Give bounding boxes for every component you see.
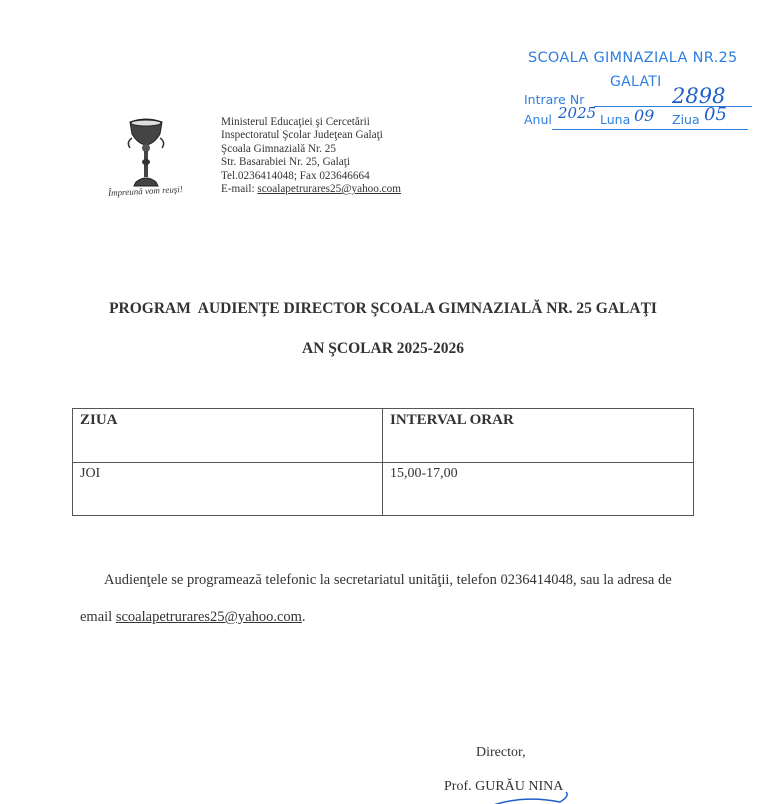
stamp-year-label: Anul [524, 112, 552, 127]
stamp-month-label: Luna [600, 112, 630, 127]
email-line: E-mail: scoalapetrurares25@yahoo.com [221, 183, 401, 196]
document-title: PROGRAM AUDIENŢE DIRECTOR ŞCOALA GIMNAZI… [0, 300, 766, 318]
paragraph-end: . [302, 609, 306, 625]
header-interval: INTERVAL ORAR [383, 409, 694, 463]
address-line: Str. Basarabiei Nr. 25, Galaţi [221, 156, 401, 169]
schedule-table: ZIUA INTERVAL ORAR JOI 15,00-17,00 [72, 408, 694, 516]
stamp-city: GALATI [610, 74, 662, 90]
header-email-link[interactable]: scoalapetrurares25@yahoo.com [257, 183, 401, 195]
document-subtitle: AN ŞCOLAR 2025-2026 [0, 340, 766, 358]
signature-role: Director, [476, 745, 526, 761]
stamp-year-value: 2025 [558, 104, 596, 122]
cell-day: JOI [73, 463, 383, 516]
institution-header: Ministerul Educaţiei şi Cercetării Inspe… [221, 116, 401, 196]
stamp-date-underline [552, 129, 748, 130]
stamp-day-value: 05 [704, 104, 727, 125]
inspectorate-line: Inspectoratul Şcolar Judeţean Galaţi [221, 129, 401, 142]
info-paragraph: Audienţele se programează telefonic la s… [80, 562, 700, 636]
email-label: E-mail: [221, 183, 257, 195]
school-line: Şcoala Gimnazială Nr. 25 [221, 143, 401, 156]
phone-fax-line: Tel.0236414048; Fax 023646664 [221, 170, 401, 183]
cell-interval: 15,00-17,00 [383, 463, 694, 516]
table-header-row: ZIUA INTERVAL ORAR [73, 409, 694, 463]
stamp-school-name: SCOALA GIMNAZIALA NR.25 [528, 50, 738, 66]
ministry-line: Ministerul Educaţiei şi Cercetării [221, 116, 401, 129]
stamp-month-value: 09 [634, 106, 654, 125]
stamp-day-label: Ziua [672, 112, 700, 127]
table-row: JOI 15,00-17,00 [73, 463, 694, 516]
header-day: ZIUA [73, 409, 383, 463]
paragraph-email-link[interactable]: scoalapetrurares25@yahoo.com [116, 609, 302, 625]
signature-scribble-icon [480, 790, 620, 804]
